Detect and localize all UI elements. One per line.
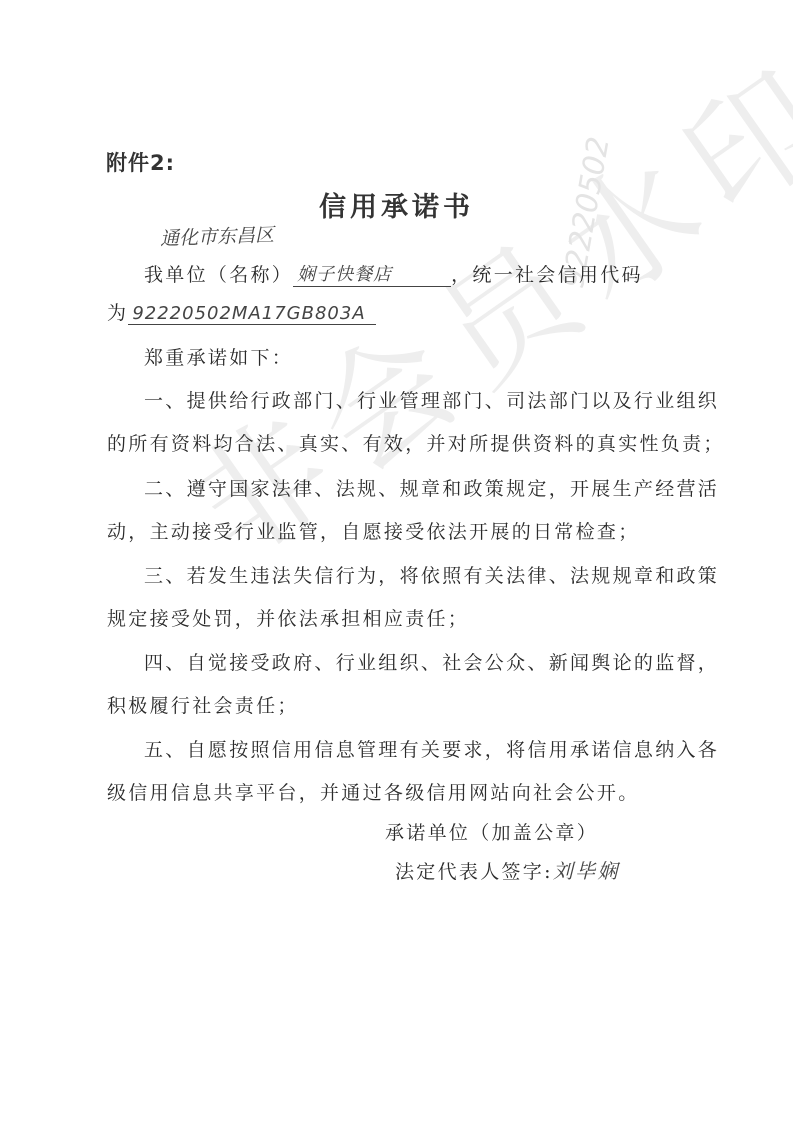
promise-item-3-line-2: 规定接受处罚，并依法承担相应责任； bbox=[107, 604, 469, 631]
handwritten-location: 通化市东昌区 bbox=[160, 220, 275, 251]
intro-prefix: 我单位（名称） bbox=[144, 264, 293, 286]
promise-item-4-line-2: 积极履行社会责任； bbox=[107, 691, 299, 718]
unit-name-value: 娴子快餐店 bbox=[297, 260, 392, 286]
signature-unit-label: 承诺单位（加盖公章） bbox=[385, 818, 598, 845]
promise-item-1-line-1: 一、提供给行政部门、行业管理部门、司法部门以及行业组织 bbox=[144, 386, 719, 413]
signature-rep-value: 刘毕娴 bbox=[553, 859, 620, 883]
signature-rep-label: 法定代表人签字: bbox=[395, 861, 553, 883]
promise-item-5-line-2: 级信用信息共享平台，并通过各级信用网站向社会公开。 bbox=[107, 778, 640, 805]
promise-item-2-line-2: 动，主动接受行业监管，自愿接受依法开展的日常检查； bbox=[107, 517, 640, 544]
intro-line: 我单位（名称）娴子快餐店，统一社会信用代码 bbox=[144, 260, 643, 287]
document-page: 非会员水印 92220502 附件2: 信用承诺书 通化市东昌区 我单位（名称）… bbox=[0, 0, 793, 1122]
promise-item-1-line-2: 的所有资料均合法、真实、有效，并对所提供资料的真实性负责； bbox=[107, 429, 725, 456]
intro-suffix: ，统一社会信用代码 bbox=[451, 264, 643, 286]
credit-code-line: 为92220502MA17GB803A bbox=[107, 298, 376, 325]
code-prefix: 为 bbox=[107, 302, 128, 324]
page-title: 信用承诺书 bbox=[0, 185, 793, 224]
credit-code-value: 92220502MA17GB803A bbox=[132, 303, 365, 324]
signature-rep-line: 法定代表人签字:刘毕娴 bbox=[395, 855, 620, 884]
attachment-label: 附件2: bbox=[106, 147, 175, 177]
promise-item-5-line-1: 五、自愿按照信用信息管理有关要求，将信用承诺信息纳入各 bbox=[144, 735, 719, 762]
credit-code-field: 92220502MA17GB803A bbox=[128, 298, 376, 325]
promise-item-4-line-1: 四、自觉接受政府、行业组织、社会公众、新闻舆论的监督， bbox=[144, 648, 719, 675]
promise-item-2-line-1: 二、遵守国家法律、法规、规章和政策规定，开展生产经营活 bbox=[144, 474, 719, 501]
promise-item-3-line-1: 三、若发生违法失信行为，将依照有关法律、法规规章和政策 bbox=[144, 561, 719, 588]
unit-name-field: 娴子快餐店 bbox=[293, 260, 451, 287]
solemn-promise: 郑重承诺如下： bbox=[144, 343, 293, 370]
